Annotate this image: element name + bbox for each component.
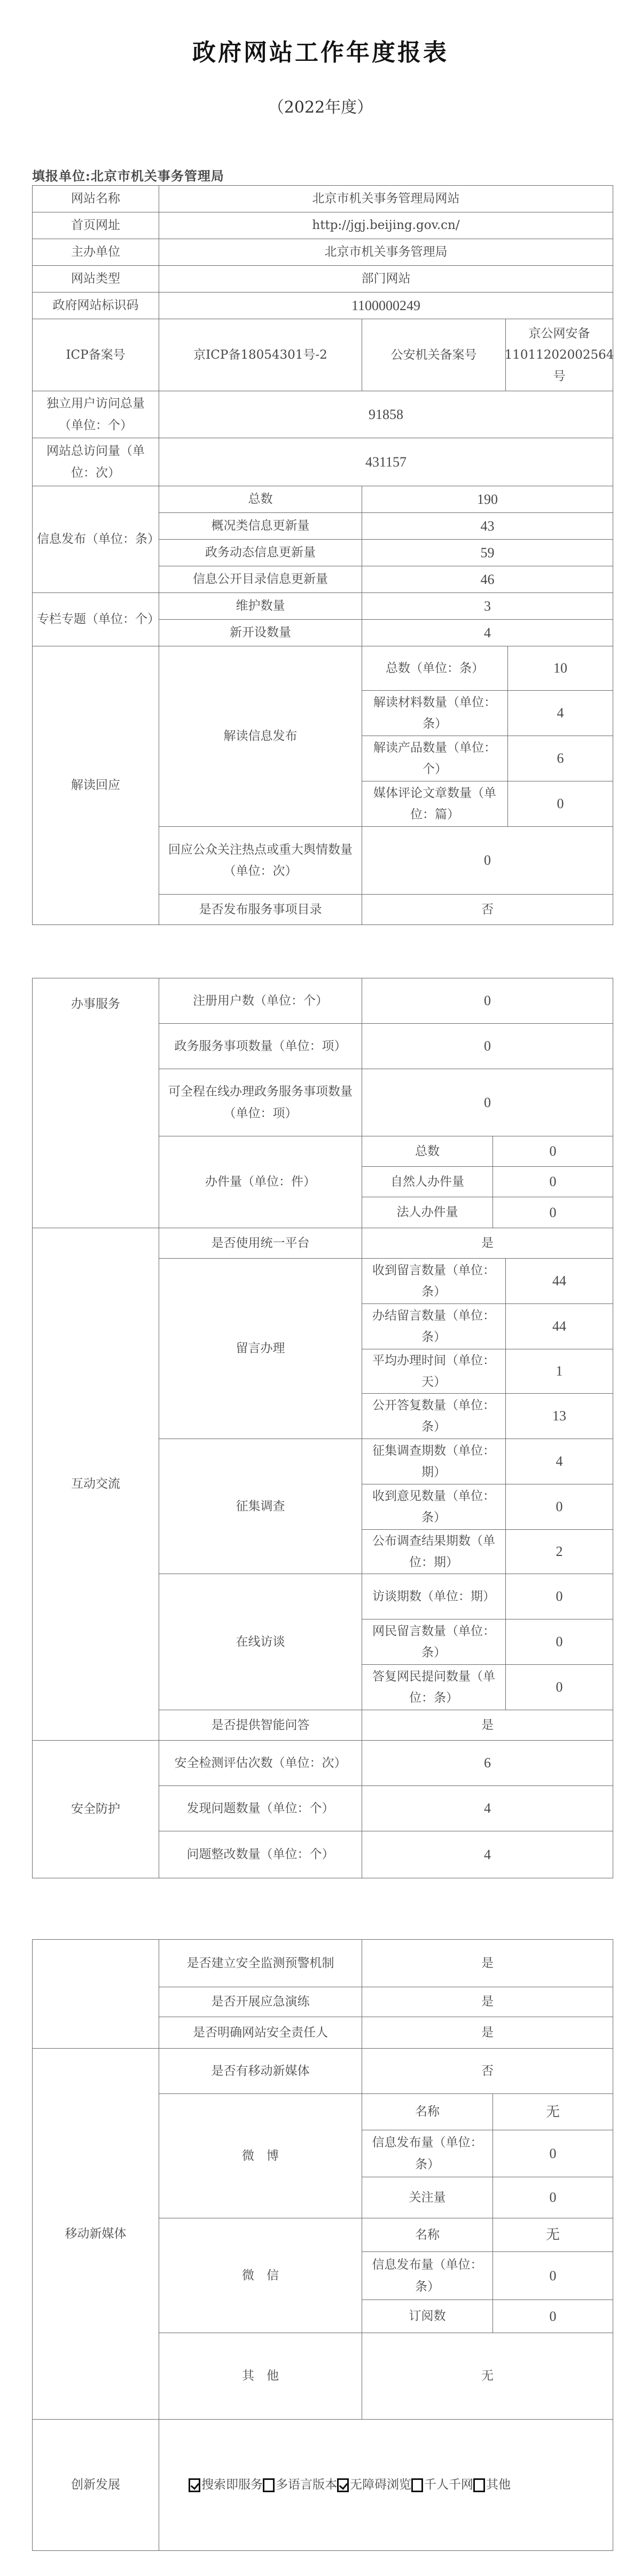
messages-row-value: 44 <box>505 1303 613 1349</box>
interview-row-value: 0 <box>505 1619 613 1665</box>
checkbox-checked-icon[interactable] <box>189 2478 200 2492</box>
messages-row-label: 公开答复数量（单位：条） <box>362 1393 506 1439</box>
innovation-option[interactable]: 千人千网 <box>411 2474 473 2495</box>
cases-row-value: 0 <box>493 1197 613 1228</box>
site-name-label: 网站名称 <box>32 185 159 212</box>
weibo-row-value: 无 <box>493 2093 613 2130</box>
hotspot-value: 0 <box>362 826 613 895</box>
filing-unit: 填报单位:北京市机关事务管理局 <box>32 165 224 184</box>
interview-row-label: 网民留言数量（单位：条） <box>362 1619 506 1665</box>
police-label: 公安机关备案号 <box>362 319 506 391</box>
weibo-row-label: 名称 <box>362 2093 493 2130</box>
online-value: 0 <box>362 1069 613 1136</box>
cases-row-label: 自然人办件量 <box>362 1166 493 1197</box>
other-media-label: 其 他 <box>159 2333 362 2420</box>
platform-value: 是 <box>362 1228 613 1259</box>
interview-row-value: 0 <box>505 1664 613 1710</box>
columns-label: 专栏专题（单位：个） <box>32 592 159 646</box>
weibo-row-label: 关注量 <box>362 2177 493 2218</box>
messages-row-label: 收到留言数量（单位：条） <box>362 1258 506 1304</box>
site-name-value: 北京市机关事务管理局网站 <box>159 185 613 212</box>
interpret-row-value: 4 <box>507 690 613 736</box>
survey-row-value: 4 <box>505 1439 613 1484</box>
columns-row-label: 维护数量 <box>159 592 362 620</box>
info-publish-row-value: 43 <box>362 512 613 540</box>
messages-row-label: 办结留言数量（单位：条） <box>362 1303 506 1349</box>
checkbox-empty-icon[interactable] <box>263 2478 275 2492</box>
info-publish-label: 信息发布（单位：条） <box>32 486 159 593</box>
interview-row-value: 0 <box>505 1574 613 1619</box>
page-views-value: 431157 <box>159 438 613 486</box>
survey-row-value: 0 <box>505 1484 613 1530</box>
icp-value: 京ICP备18054301号-2 <box>159 319 362 391</box>
report-title: 政府网站工作年度报表 <box>0 33 641 67</box>
items-label: 政务服务事项数量（单位：项） <box>159 1023 362 1069</box>
messages-row-label: 平均办理时间（单位：天） <box>362 1349 506 1394</box>
sponsor-value: 北京市机关事务管理局 <box>159 239 613 266</box>
home-url-value: http://jgj.beijing.gov.cn/ <box>159 212 613 239</box>
items-value: 0 <box>362 1023 613 1069</box>
info-publish-row-label: 总数 <box>159 486 362 513</box>
messages-row-value: 44 <box>505 1258 613 1304</box>
security-row-value: 4 <box>362 1785 613 1831</box>
security-extra-blank <box>32 1939 159 2049</box>
wechat-row-value: 0 <box>493 2300 613 2333</box>
drill-value: 是 <box>362 1987 613 2017</box>
warning-label: 是否建立安全监测预警机制 <box>159 1939 362 1987</box>
site-code-label: 政府网站标识码 <box>32 292 159 319</box>
columns-row-label: 新开设数量 <box>159 619 362 646</box>
innovation-option[interactable]: 无障碍浏览 <box>337 2474 411 2495</box>
security-row-label: 安全检测评估次数（单位：次） <box>159 1740 362 1786</box>
wechat-row-label: 订阅数 <box>362 2300 493 2333</box>
innovation-option[interactable]: 其他 <box>473 2474 511 2495</box>
info-publish-row-label: 政务动态信息更新量 <box>159 539 362 566</box>
survey-row-value: 2 <box>505 1529 613 1574</box>
registered-value: 0 <box>362 978 613 1024</box>
hotspot-label: 回应公众关注热点或重大舆情数量（单位：次） <box>159 826 362 895</box>
site-code-value: 1100000249 <box>159 292 613 319</box>
interpret-row-value: 6 <box>507 736 613 781</box>
unique-visitors-value: 91858 <box>159 391 613 438</box>
report-year: （2022年度） <box>0 94 641 117</box>
qa-label: 是否提供智能问答 <box>159 1710 362 1741</box>
page-views-label: 网站总访问量（单位：次） <box>32 438 159 486</box>
info-publish-row-label: 信息公开目录信息更新量 <box>159 566 362 593</box>
interpret-label: 解读回应 <box>32 646 159 925</box>
info-publish-row-label: 概况类信息更新量 <box>159 512 362 540</box>
cases-row-value: 0 <box>493 1166 613 1197</box>
innovation-option[interactable]: 搜索即服务 <box>189 2474 263 2495</box>
wechat-row-value: 无 <box>493 2218 613 2252</box>
innovation-option-label: 千人千网 <box>424 2474 473 2495</box>
registered-label: 注册用户数（单位：个） <box>159 978 362 1024</box>
qa-value: 是 <box>362 1710 613 1741</box>
interview-row-label: 访谈期数（单位：期） <box>362 1574 506 1619</box>
columns-row-value: 3 <box>362 592 613 620</box>
has-media-label: 是否有移动新媒体 <box>159 2048 362 2094</box>
innovation-option-label: 其他 <box>486 2474 511 2495</box>
platform-label: 是否使用统一平台 <box>159 1228 362 1259</box>
security-row-label: 发现问题数量（单位：个） <box>159 1785 362 1831</box>
checkbox-empty-icon[interactable] <box>411 2478 423 2492</box>
cases-row-label: 法人办件量 <box>362 1197 493 1228</box>
cases-label: 办件量（单位：件） <box>159 1136 362 1228</box>
cases-row-value: 0 <box>493 1136 613 1167</box>
interview-label: 在线访谈 <box>159 1574 362 1710</box>
online-label: 可全程在线办理政务服务事项数量（单位：项） <box>159 1069 362 1136</box>
security-row-label: 问题整改数量（单位：个） <box>159 1831 362 1878</box>
cases-row-label: 总数 <box>362 1136 493 1167</box>
site-type-value: 部门网站 <box>159 265 613 293</box>
innovation-option[interactable]: 多语言版本 <box>263 2474 337 2495</box>
columns-row-value: 4 <box>362 619 613 646</box>
interview-row-label: 答复网民提问数量（单位：条） <box>362 1664 506 1710</box>
sponsor-label: 主办单位 <box>32 239 159 266</box>
survey-row-label: 征集调查期数（单位：期） <box>362 1439 506 1484</box>
owner-value: 是 <box>362 2017 613 2049</box>
interpret-row-label: 媒体评论文章数量（单位：篇） <box>362 781 508 827</box>
messages-row-value: 13 <box>505 1393 613 1439</box>
survey-row-label: 收到意见数量（单位：条） <box>362 1484 506 1530</box>
home-url-label: 首页网址 <box>32 212 159 239</box>
wechat-row-label: 名称 <box>362 2218 493 2252</box>
info-publish-row-value: 190 <box>362 486 613 513</box>
catalog-label: 是否发布服务事项目录 <box>159 894 362 925</box>
interpret-row-value: 0 <box>507 781 613 827</box>
innovation-option-label: 无障碍浏览 <box>350 2474 411 2495</box>
innovation-options: 搜索即服务多语言版本无障碍浏览千人千网其他 <box>159 2419 613 2551</box>
weibo-row-value: 0 <box>493 2177 613 2218</box>
checkbox-empty-icon[interactable] <box>473 2478 485 2492</box>
police-value: 京公网安备11011202002564号 <box>505 319 613 391</box>
wechat-row-value: 0 <box>493 2251 613 2300</box>
interpret-row-value: 10 <box>507 646 613 691</box>
messages-row-value: 1 <box>505 1349 613 1394</box>
security-row-value: 4 <box>362 1831 613 1878</box>
weibo-row-value: 0 <box>493 2130 613 2177</box>
icp-label: ICP备案号 <box>32 319 159 391</box>
service-label: 办事服务 <box>32 978 159 1228</box>
interpret-row-label: 解读产品数量（单位：个） <box>362 736 508 781</box>
other-media-value: 无 <box>362 2333 613 2420</box>
security-label: 安全防护 <box>32 1740 159 1878</box>
security-row-value: 6 <box>362 1740 613 1786</box>
innovation-option-label: 多语言版本 <box>276 2474 337 2495</box>
innovation-label: 创新发展 <box>32 2419 159 2551</box>
media-label: 移动新媒体 <box>32 2048 159 2420</box>
survey-row-label: 公布调查结果期数（单位：期） <box>362 1529 506 1574</box>
interaction-label: 互动交流 <box>32 1228 159 1741</box>
owner-label: 是否明确网站安全责任人 <box>159 2017 362 2049</box>
drill-label: 是否开展应急演练 <box>159 1987 362 2017</box>
checkbox-checked-icon[interactable] <box>337 2478 349 2492</box>
warning-value: 是 <box>362 1939 613 1987</box>
innovation-option-label: 搜索即服务 <box>201 2474 263 2495</box>
survey-label: 征集调查 <box>159 1439 362 1574</box>
site-type-label: 网站类型 <box>32 265 159 293</box>
weibo-label: 微 博 <box>159 2093 362 2218</box>
info-publish-row-value: 46 <box>362 566 613 593</box>
unique-visitors-label: 独立用户访问总量（单位：个） <box>32 391 159 438</box>
interpret-row-label: 总数（单位：条） <box>362 646 508 691</box>
wechat-row-label: 信息发布量（单位：条） <box>362 2251 493 2300</box>
interpret-row-label: 解读材料数量（单位：条） <box>362 690 508 736</box>
catalog-value: 否 <box>362 894 613 925</box>
wechat-label: 微 信 <box>159 2218 362 2333</box>
interpret-sub-label: 解读信息发布 <box>159 646 362 827</box>
messages-label: 留言办理 <box>159 1258 362 1439</box>
weibo-row-label: 信息发布量（单位：条） <box>362 2130 493 2177</box>
info-publish-row-value: 59 <box>362 539 613 566</box>
has-media-value: 否 <box>362 2048 613 2094</box>
